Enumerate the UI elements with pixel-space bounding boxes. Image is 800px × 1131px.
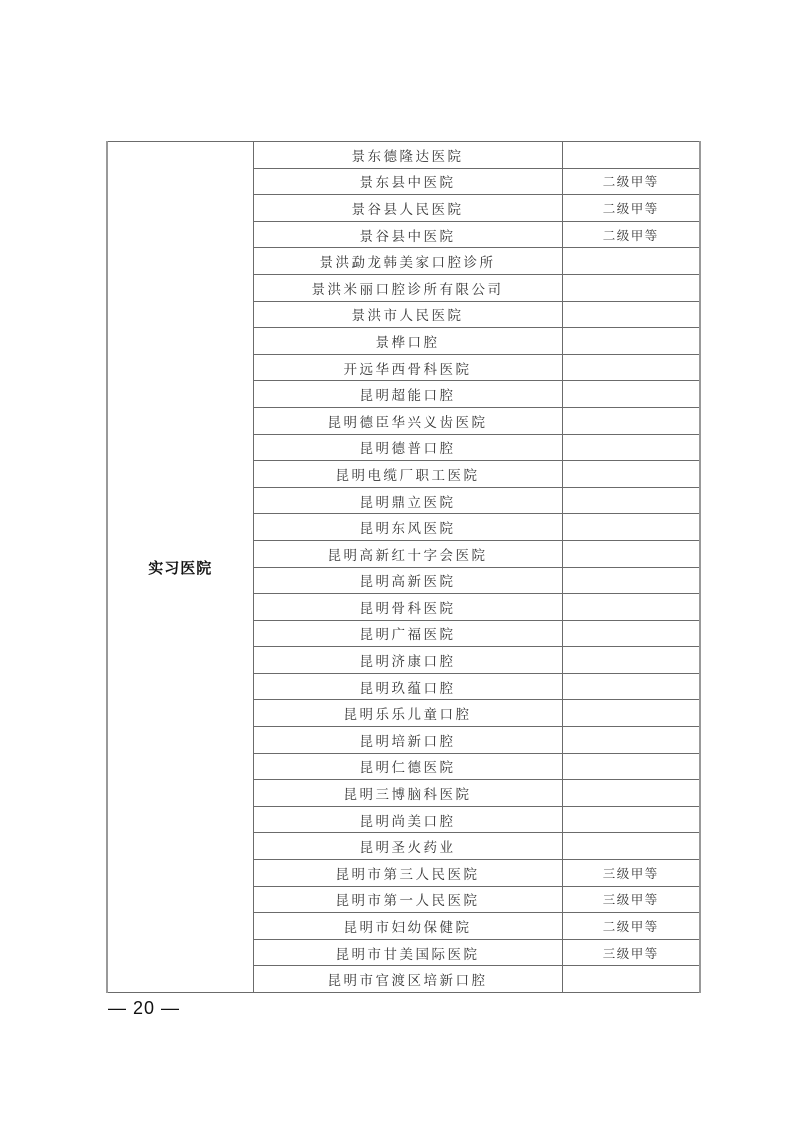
hospital-level-cell bbox=[562, 780, 700, 807]
hospital-level-cell bbox=[562, 540, 700, 567]
hospital-level-cell bbox=[562, 673, 700, 700]
hospital-level-cell: 三级甲等 bbox=[562, 939, 700, 966]
hospital-level-cell bbox=[562, 833, 700, 860]
hospital-level-cell: 三级甲等 bbox=[562, 860, 700, 887]
hospital-name-cell: 昆明培新口腔 bbox=[253, 727, 562, 754]
hospital-name-cell: 昆明市官渡区培新口腔 bbox=[253, 966, 562, 993]
category-cell: 实习医院 bbox=[107, 142, 253, 993]
hospital-level-cell bbox=[562, 806, 700, 833]
hospital-name-cell: 昆明尚美口腔 bbox=[253, 806, 562, 833]
hospital-name-cell: 昆明市第三人民医院 bbox=[253, 860, 562, 887]
hospital-level-cell bbox=[562, 594, 700, 621]
hospital-name-cell: 昆明市妇幼保健院 bbox=[253, 913, 562, 940]
hospital-name-cell: 昆明高新医院 bbox=[253, 567, 562, 594]
hospital-level-cell: 二级甲等 bbox=[562, 168, 700, 195]
hospital-level-cell bbox=[562, 328, 700, 355]
hospital-level-cell bbox=[562, 461, 700, 488]
hospital-name-cell: 昆明鼎立医院 bbox=[253, 487, 562, 514]
hospital-name-cell: 景洪勐龙韩美家口腔诊所 bbox=[253, 248, 562, 275]
hospital-level-cell bbox=[562, 567, 700, 594]
hospital-name-cell: 昆明圣火药业 bbox=[253, 833, 562, 860]
hospital-level-cell bbox=[562, 248, 700, 275]
hospital-level-cell bbox=[562, 407, 700, 434]
hospital-name-cell: 景洪市人民医院 bbox=[253, 301, 562, 328]
hospital-level-cell bbox=[562, 647, 700, 674]
hospital-name-cell: 昆明德臣华兴义齿医院 bbox=[253, 407, 562, 434]
hospital-level-cell bbox=[562, 434, 700, 461]
hospital-level-cell bbox=[562, 753, 700, 780]
page-number: — 20 — bbox=[108, 998, 180, 1019]
hospital-level-cell: 二级甲等 bbox=[562, 913, 700, 940]
hospital-name-cell: 昆明玖蕴口腔 bbox=[253, 673, 562, 700]
hospital-level-cell bbox=[562, 301, 700, 328]
table-body: 实习医院景东德隆达医院景东县中医院二级甲等景谷县人民医院二级甲等景谷县中医院二级… bbox=[107, 142, 700, 993]
hospital-name-cell: 昆明仁德医院 bbox=[253, 753, 562, 780]
hospital-level-cell: 二级甲等 bbox=[562, 221, 700, 248]
table-row: 实习医院景东德隆达医院 bbox=[107, 142, 700, 169]
hospital-name-cell: 景东县中医院 bbox=[253, 168, 562, 195]
hospital-name-cell: 景谷县人民医院 bbox=[253, 195, 562, 222]
hospital-name-cell: 昆明高新红十字会医院 bbox=[253, 540, 562, 567]
hospital-name-cell: 景东德隆达医院 bbox=[253, 142, 562, 169]
hospital-name-cell: 景洪米丽口腔诊所有限公司 bbox=[253, 274, 562, 301]
hospital-name-cell: 昆明德普口腔 bbox=[253, 434, 562, 461]
hospital-level-cell bbox=[562, 487, 700, 514]
hospital-level-cell: 三级甲等 bbox=[562, 886, 700, 913]
hospital-level-cell bbox=[562, 727, 700, 754]
hospital-name-cell: 景桦口腔 bbox=[253, 328, 562, 355]
hospital-table: 实习医院景东德隆达医院景东县中医院二级甲等景谷县人民医院二级甲等景谷县中医院二级… bbox=[106, 141, 701, 993]
hospital-level-cell bbox=[562, 620, 700, 647]
hospital-name-cell: 昆明东风医院 bbox=[253, 514, 562, 541]
hospital-level-cell bbox=[562, 966, 700, 993]
hospital-name-cell: 昆明济康口腔 bbox=[253, 647, 562, 674]
hospital-name-cell: 开远华西骨科医院 bbox=[253, 354, 562, 381]
hospital-level-cell bbox=[562, 700, 700, 727]
hospital-level-cell bbox=[562, 274, 700, 301]
hospital-name-cell: 昆明广福医院 bbox=[253, 620, 562, 647]
hospital-name-cell: 昆明市第一人民医院 bbox=[253, 886, 562, 913]
hospital-name-cell: 昆明电缆厂职工医院 bbox=[253, 461, 562, 488]
hospital-level-cell bbox=[562, 354, 700, 381]
hospital-name-cell: 昆明超能口腔 bbox=[253, 381, 562, 408]
hospital-level-cell bbox=[562, 514, 700, 541]
hospital-level-cell: 二级甲等 bbox=[562, 195, 700, 222]
hospital-name-cell: 昆明乐乐儿童口腔 bbox=[253, 700, 562, 727]
hospital-level-cell bbox=[562, 142, 700, 169]
hospital-name-cell: 昆明三博脑科医院 bbox=[253, 780, 562, 807]
hospital-level-cell bbox=[562, 381, 700, 408]
hospital-name-cell: 景谷县中医院 bbox=[253, 221, 562, 248]
hospital-name-cell: 昆明骨科医院 bbox=[253, 594, 562, 621]
hospital-name-cell: 昆明市甘美国际医院 bbox=[253, 939, 562, 966]
